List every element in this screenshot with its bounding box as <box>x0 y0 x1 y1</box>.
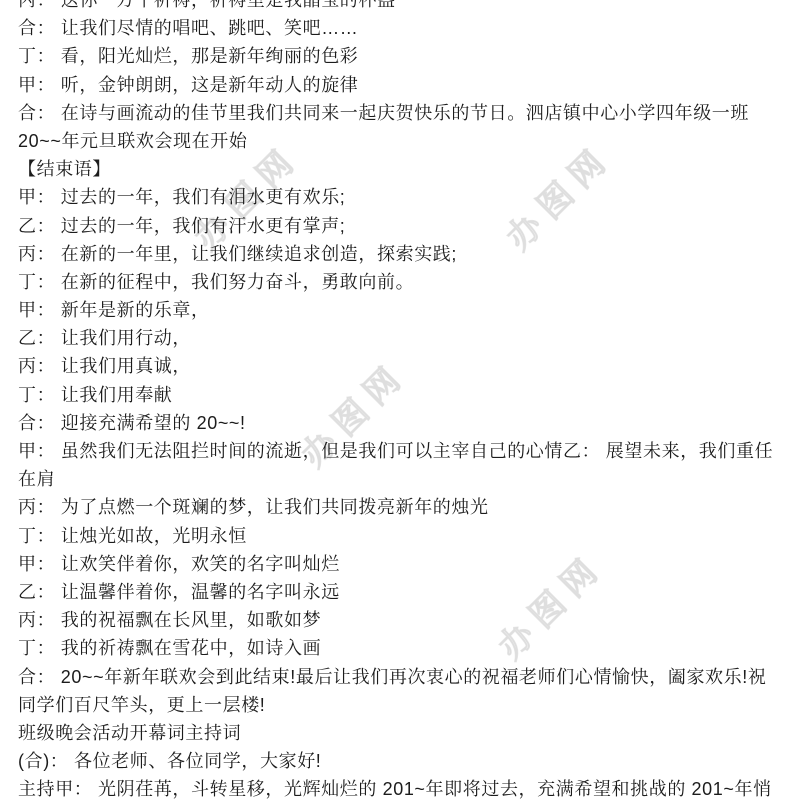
script-line: 丁： 让烛光如故，光明永恒 <box>18 522 800 550</box>
script-line: 甲： 让欢笑伴着你，欢笑的名字叫灿烂 <box>18 550 800 578</box>
script-line: 在肩 <box>18 465 800 493</box>
script-line: 主持甲： 光阴荏苒，斗转星移，光辉灿烂的 201~年即将过去，充满希望和挑战的 … <box>18 775 800 800</box>
script-line: 乙： 让温馨伴着你，温馨的名字叫永远 <box>18 578 800 606</box>
script-line: 丙： 送你一万个祈祷，祈祷里是我晶宝的杯盏 <box>18 0 800 14</box>
script-line: 丙： 让我们用真诚， <box>18 352 800 380</box>
script-line: 丁： 在新的征程中，我们努力奋斗，勇敢向前。 <box>18 268 800 296</box>
document-page: 办图网办图网办图网办图网 丙： 送你一万个祈祷，祈祷里是我晶宝的杯盏合： 让我们… <box>0 0 800 800</box>
script-line: 丙： 为了点燃一个斑斓的梦，让我们共同拨亮新年的烛光 <box>18 493 800 521</box>
script-line: 合： 在诗与画流动的佳节里我们共同来一起庆贺快乐的节日。泗店镇中心小学四年级一班 <box>18 99 800 127</box>
script-line: 同学们百尺竿头，更上一层楼! <box>18 691 800 719</box>
script-line: 丁： 我的祈祷飘在雪花中，如诗入画 <box>18 634 800 662</box>
script-line: (合)： 各位老师、各位同学，大家好! <box>18 747 800 775</box>
script-line: 乙： 过去的一年，我们有汗水更有掌声; <box>18 212 800 240</box>
script-line: 20~~年元旦联欢会现在开始 <box>18 127 800 155</box>
script-line: 丙： 在新的一年里，让我们继续追求创造，探索实践; <box>18 240 800 268</box>
script-line: 甲： 听，金钟朗朗，这是新年动人的旋律 <box>18 71 800 99</box>
script-line: 合： 20~~年新年联欢会到此结束!最后让我们再次衷心的祝福老师们心情愉快，阖家… <box>18 663 800 691</box>
script-line: 丁： 看，阳光灿烂，那是新年绚丽的色彩 <box>18 42 800 70</box>
script-line: 甲： 新年是新的乐章， <box>18 296 800 324</box>
script-line: 合： 迎接充满希望的 20~~! <box>18 409 800 437</box>
script-line: 班级晚会活动开幕词主持词 <box>18 719 800 747</box>
script-line: 【结束语】 <box>18 155 800 183</box>
script-line: 丙： 我的祝福飘在长风里，如歌如梦 <box>18 606 800 634</box>
script-line: 丁： 让我们用奉献 <box>18 381 800 409</box>
script-line: 合： 让我们尽情的唱吧、跳吧、笑吧…… <box>18 14 800 42</box>
script-document: 丙： 送你一万个祈祷，祈祷里是我晶宝的杯盏合： 让我们尽情的唱吧、跳吧、笑吧……… <box>18 0 800 800</box>
script-line: 甲： 虽然我们无法阻拦时间的流逝，但是我们可以主宰自己的心情乙： 展望未来，我们… <box>18 437 800 465</box>
script-line: 甲： 过去的一年，我们有泪水更有欢乐; <box>18 183 800 211</box>
script-line: 乙： 让我们用行动， <box>18 324 800 352</box>
